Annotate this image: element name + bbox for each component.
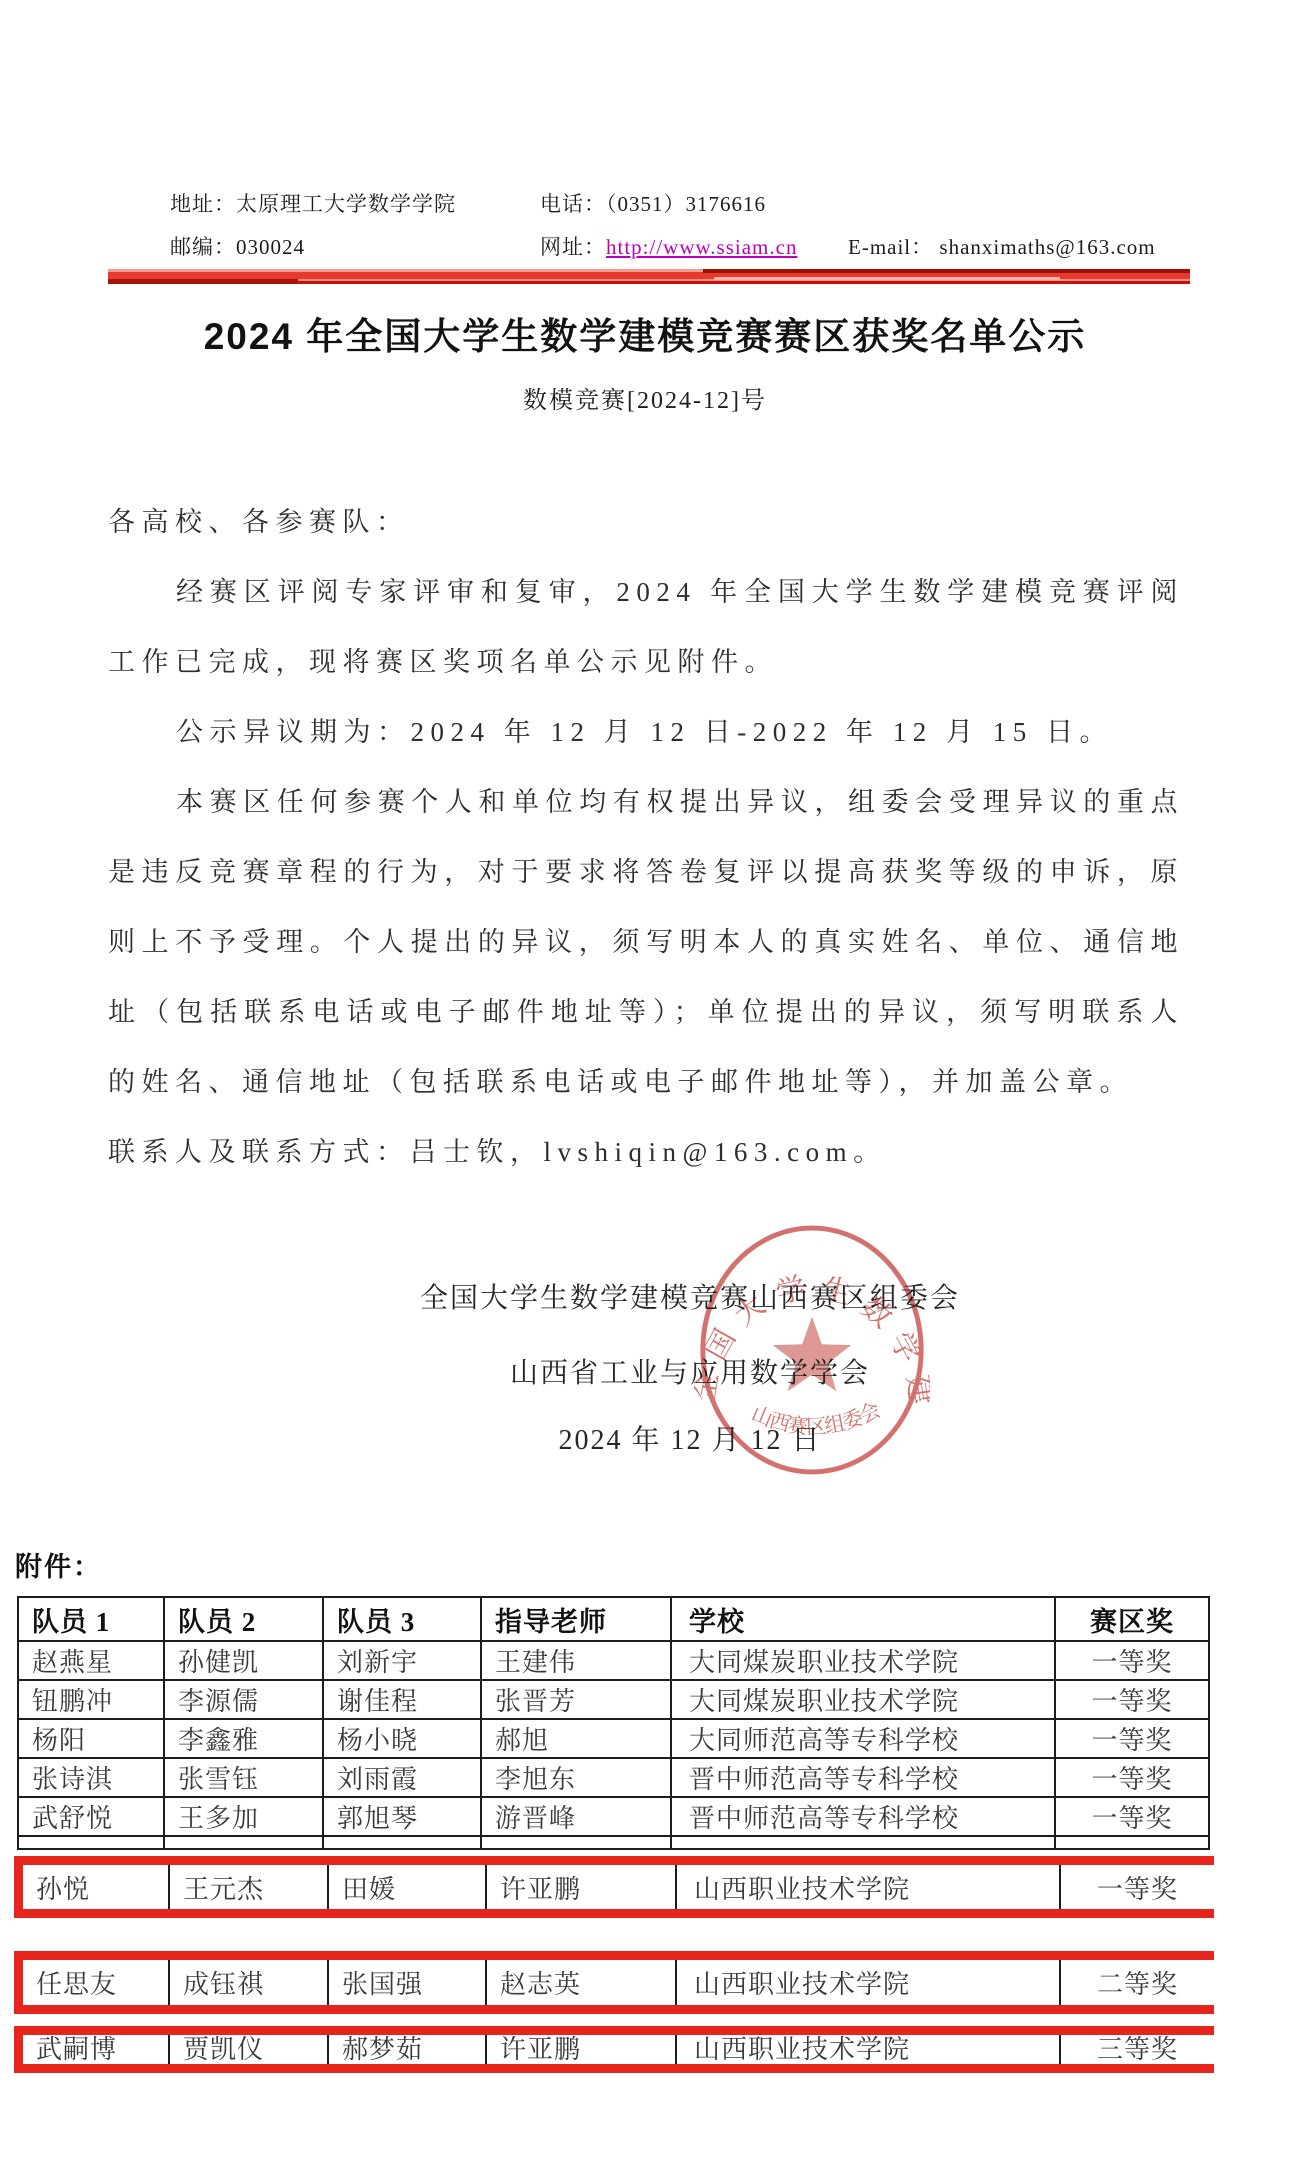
table-cell: 任思友 [23,1960,169,2005]
highlighted-row-table: 任思友成钰祺张国强赵志英山西职业技术学院二等奖 [23,1960,1214,2005]
salutation: 各高校、各参赛队： [108,487,1184,557]
table-cell [1055,1836,1209,1849]
table-cell: 张晋芳 [481,1680,671,1719]
red-rule-segment [714,277,1060,280]
table-header-row: 队员 1队员 2队员 3指导老师学校赛区奖 [18,1597,1209,1641]
awards-table: 队员 1队员 2队员 3指导老师学校赛区奖 赵燕星孙健凯刘新宇王建伟大同煤炭职业… [17,1596,1210,1850]
table-cell: 成钰祺 [169,1960,328,2005]
table-row: 杨阳李鑫雅杨小晓郝旭大同师范高等专科学校一等奖 [18,1719,1209,1758]
table-cell: 大同煤炭职业技术学院 [671,1680,1055,1719]
website-label: 网址： [540,235,606,259]
table-cell: 一等奖 [1055,1641,1209,1680]
table-row: 赵燕星孙健凯刘新宇王建伟大同煤炭职业技术学院一等奖 [18,1641,1209,1680]
table-cell: 武嗣博 [23,2035,169,2064]
website-link[interactable]: http://www.ssiam.cn [606,235,797,259]
table-cell [164,1836,323,1849]
contact-email: E-mail： shanximaths@163.com [848,231,1156,261]
table-header-cell: 队员 3 [323,1597,481,1641]
table-cell: 李旭东 [481,1758,671,1797]
table-cell: 张诗淇 [18,1758,164,1797]
table-cell [323,1836,481,1849]
table-cell: 一等奖 [1055,1719,1209,1758]
red-rule-segment [703,269,1190,273]
table-cell: 杨阳 [18,1719,164,1758]
table-cell: 一等奖 [1060,1865,1214,1909]
table-cell: 山西职业技术学院 [676,1865,1060,1909]
body-paragraph: 公示异议期为：2024 年 12 月 12 日-2022 年 12 月 15 日… [108,697,1184,767]
table-cell: 许亚鹏 [486,2035,676,2064]
table-cell: 赵志英 [486,1960,676,2005]
highlighted-row-table: 武嗣博贾凯仪郝梦茹许亚鹏山西职业技术学院三等奖 [23,2035,1214,2064]
table-cell: 孙健凯 [164,1641,323,1680]
table-cell: 李鑫雅 [164,1719,323,1758]
table-cell: 谢佳程 [323,1680,481,1719]
table-cell: 刘雨霞 [323,1758,481,1797]
highlight-box-second-prize: 任思友成钰祺张国强赵志英山西职业技术学院二等奖 [14,1951,1214,2014]
table-cell [481,1836,671,1849]
table-cell: 张雪钰 [164,1758,323,1797]
page-title: 2024 年全国大学生数学建模竞赛赛区获奖名单公示 [0,306,1290,360]
highlighted-table-row: 武嗣博贾凯仪郝梦茹许亚鹏山西职业技术学院三等奖 [23,2035,1214,2064]
table-cell: 一等奖 [1055,1680,1209,1719]
table-cell: 王元杰 [169,1865,328,1909]
table-cell: 山西职业技术学院 [676,1960,1060,2005]
table-cell: 晋中师范高等专科学校 [671,1797,1055,1836]
table-row: 钮鹏冲李源儒谢佳程张晋芳大同煤炭职业技术学院一等奖 [18,1680,1209,1719]
table-cell: 二等奖 [1060,1960,1214,2005]
contact-website: 网址：http://www.ssiam.cn [540,231,797,261]
table-cell: 钮鹏冲 [18,1680,164,1719]
table-cell: 孙悦 [23,1865,169,1909]
highlighted-table-row: 任思友成钰祺张国强赵志英山西职业技术学院二等奖 [23,1960,1214,2005]
table-cell: 郭旭琴 [323,1797,481,1836]
table-cell [671,1836,1055,1849]
table-cell: 一等奖 [1055,1797,1209,1836]
signature-date: 2024 年 12 月 12 日 [320,1418,1060,1458]
table-cell: 王多加 [164,1797,323,1836]
contact-postcode: 邮编：030024 [170,231,305,261]
table-cell: 刘新宇 [323,1641,481,1680]
table-cell: 张国强 [328,1960,486,2005]
table-cell: 一等奖 [1055,1758,1209,1797]
table-cell: 贾凯仪 [169,2035,328,2064]
highlighted-row-table: 孙悦王元杰田媛许亚鹏山西职业技术学院一等奖 [23,1865,1214,1909]
body-paragraph: 联系人及联系方式：吕士钦，lvshiqin@163.com。 [108,1117,1184,1187]
table-cell: 许亚鹏 [486,1865,676,1909]
contact-address: 地址：太原理工大学数学学院 [170,188,456,218]
table-cell: 郝梦茹 [328,2035,486,2064]
table-cell: 山西职业技术学院 [676,2035,1060,2064]
table-row-partial [18,1836,1209,1849]
table-header-cell: 队员 2 [164,1597,323,1641]
table-cell: 武舒悦 [18,1797,164,1836]
table-cell: 王建伟 [481,1641,671,1680]
table-row: 张诗淇张雪钰刘雨霞李旭东晋中师范高等专科学校一等奖 [18,1758,1209,1797]
email-label: E-mail： [848,235,933,259]
table-cell: 晋中师范高等专科学校 [671,1758,1055,1797]
table-cell: 三等奖 [1060,2035,1214,2064]
contact-phone: 电话：（0351）3176616 [540,188,766,218]
table-cell: 李源儒 [164,1680,323,1719]
red-header-rule [108,269,1190,284]
signature-org-1: 全国大学生数学建模竞赛山西赛区组委会 [320,1276,1060,1316]
doc-number: 数模竞赛[2024-12]号 [0,380,1290,415]
table-cell: 郝旭 [481,1719,671,1758]
table-row: 武舒悦王多加郭旭琴游晋峰晋中师范高等专科学校一等奖 [18,1797,1209,1836]
table-cell [18,1836,164,1849]
table-header-cell: 学校 [671,1597,1055,1641]
table-header-cell: 指导老师 [481,1597,671,1641]
email-value: shanximaths@163.com [939,235,1155,259]
table-cell: 杨小晓 [323,1719,481,1758]
document-page: 地址：太原理工大学数学学院 电话：（0351）3176616 邮编：030024… [0,0,1290,2181]
highlight-box-third-prize: 武嗣博贾凯仪郝梦茹许亚鹏山西职业技术学院三等奖 [14,2026,1214,2073]
highlighted-table-row: 孙悦王元杰田媛许亚鹏山西职业技术学院一等奖 [23,1865,1214,1909]
notice-body: 各高校、各参赛队： 经赛区评阅专家评审和复审，2024 年全国大学生数学建模竞赛… [108,487,1184,1187]
table-cell: 大同师范高等专科学校 [671,1719,1055,1758]
table-cell: 田媛 [328,1865,486,1909]
table-cell: 游晋峰 [481,1797,671,1836]
signature-org-2: 山西省工业与应用数学学会 [320,1351,1060,1391]
attachment-label: 附件： [15,1545,102,1584]
table-cell: 赵燕星 [18,1641,164,1680]
table-header-cell: 队员 1 [18,1597,164,1641]
table-header-cell: 赛区奖 [1055,1597,1209,1641]
body-paragraph: 经赛区评阅专家评审和复审，2024 年全国大学生数学建模竞赛评阅工作已完成，现将… [108,557,1184,697]
red-rule-segment [108,279,298,284]
body-paragraph: 本赛区任何参赛个人和单位均有权提出异议，组委会受理异议的重点是违反竞赛章程的行为… [108,767,1184,1117]
highlight-box-first-prize: 孙悦王元杰田媛许亚鹏山西职业技术学院一等奖 [14,1856,1214,1918]
table-cell: 大同煤炭职业技术学院 [671,1641,1055,1680]
